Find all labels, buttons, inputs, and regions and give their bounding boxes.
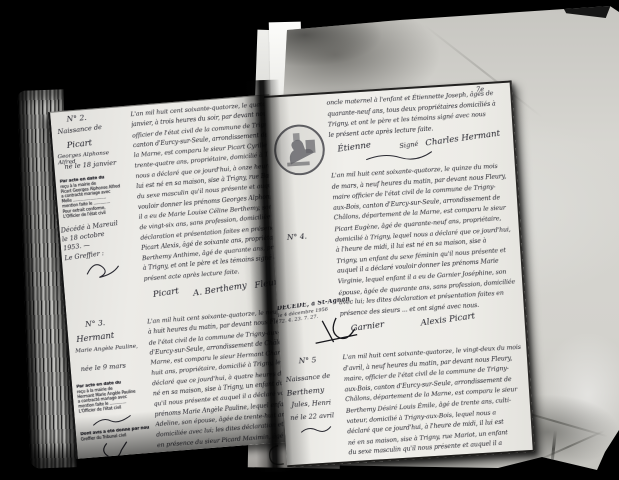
margin-surname: Berthemy — [286, 385, 324, 398]
register-right-page: 7e oncle maternel à l'enfant et Étiennet… — [264, 80, 535, 467]
signature-flourish — [98, 438, 130, 459]
parchment-crease — [531, 430, 605, 464]
margin-date: née le 9 mars — [80, 362, 126, 374]
signature-flourish — [80, 258, 122, 283]
entry-number: N° 2. — [66, 113, 87, 124]
signature-flourish — [364, 147, 435, 165]
signature-flourish — [312, 315, 360, 348]
parchment-crease — [550, 430, 557, 468]
photo-stage: N° 2. Naissance de Picart Georges Alphon… — [0, 0, 619, 480]
marriage-mention-stamp: Par acte en date dureçu à la mairie deHe… — [76, 378, 148, 414]
signature: Picart — [152, 286, 179, 300]
margin-title: Naissance de — [57, 123, 102, 136]
entry-number: N° 5 — [298, 355, 316, 365]
entry-number: N° 4. — [287, 232, 308, 242]
marriage-mention-stamp: Par acte en date dureçu à la mairie dePi… — [60, 173, 133, 219]
margin-surname: Hermant — [76, 330, 115, 344]
signature: A. Berthemy — [192, 281, 247, 299]
death-margin-mention: Décédé à Mareuille 18 octobre1953. —Le G… — [60, 215, 150, 263]
margin-surname: Picart — [66, 137, 92, 150]
entry-body-text: L'an mil huit cent soixante-quatorze, le… — [331, 160, 524, 320]
torn-edge-notch — [560, 2, 612, 18]
margin-given-names: Marie Angèle Pauline, — [75, 343, 143, 355]
margin-date: né le 22 avril — [290, 411, 334, 422]
entry-number: N° 3. — [85, 318, 106, 329]
entry-body-text: L'an mil huit cent soixante-quatorze, le… — [342, 342, 532, 459]
margin-title: Naissance de — [285, 372, 330, 384]
margin-given-names: Jules, Henri — [291, 398, 331, 408]
signature-flourish — [299, 424, 334, 436]
